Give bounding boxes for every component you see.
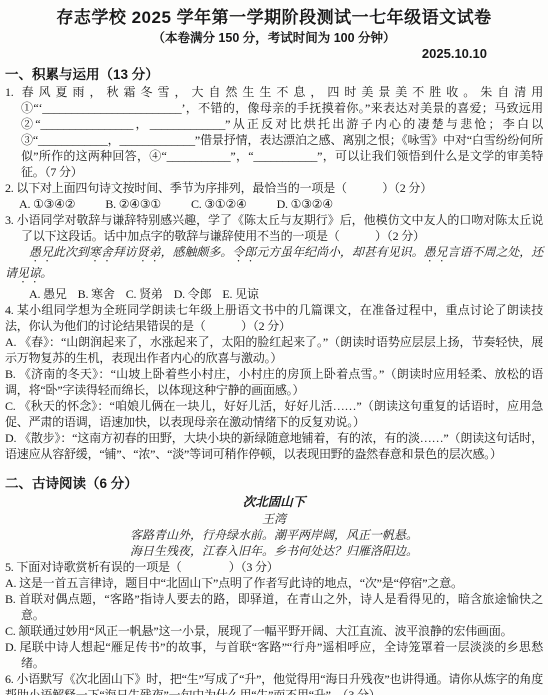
q2-option-a: A. ①③④② — [19, 196, 75, 212]
passage-text: 此次到 — [53, 245, 89, 259]
paper-info: （本卷满分 150 分，考试时间为 100 分钟） — [5, 30, 543, 46]
q2-option-b: B. ②④③① — [105, 196, 161, 212]
question-5-option-a: A. 这是一首五言律诗，题目中“北固山下”点明了作者写此诗的地点，“次”是“停宿… — [5, 575, 543, 591]
passage-text: ，感触颇多。 — [161, 245, 233, 259]
q3-option-c: C. 贤弟 — [126, 286, 163, 302]
question-4-option-d: D. 《散步》：“这南方初春的田野，大块小块的新绿随意地铺着，有的浓，有的淡……… — [5, 430, 543, 462]
question-4-option-a: A. 《春》：“山朗润起来了，水涨起来了，太阳的脸红起来了。”（朗读时语势应层层… — [5, 334, 543, 366]
question-1: 1. 春风夏雨，秋霜冬雪，大自然生生不息，四时美景美不胜收。朱自清用①“‘___… — [5, 84, 543, 180]
q3-option-a: A. 愚兄 — [29, 286, 67, 302]
section-1-heading: 一、积累与运用（13 分） — [5, 65, 543, 84]
question-3-passage: 愚兄此次到寒舍拜访贤弟，感触颇多。令郎元方虽年纪尚小，却甚有见识。愚兄言语不周之… — [5, 244, 543, 286]
passage-text: 。 — [40, 266, 52, 280]
poem-line-2: 海日生残夜，江春入旧年。乡书何处达？归雁洛阳边。 — [5, 543, 543, 559]
question-2-options: A. ①③④②B. ②④③①C. ③①②④D. ①③②④ — [5, 196, 543, 212]
q3-option-d: D. 令郎 — [174, 286, 212, 302]
poem-line-1: 客路青山外，行舟绿水前。潮平两岸阔，风正一帆悬。 — [5, 527, 543, 543]
passage-term-linglang: 令郎 — [232, 245, 256, 259]
passage-term-jianliang: 见谅 — [17, 266, 41, 280]
question-5-option-c: C. 颔联通过妙用“风正一帆悬”这一小景，展现了一幅平野开阔、大江直流、波平浪静… — [5, 623, 543, 639]
exam-paper: 存志学校 2025 学年第一学期阶段测试一七年级语文试卷 （本卷满分 150 分… — [0, 0, 548, 695]
passage-text: 元方虽年纪尚小，却甚有见识。 — [256, 245, 423, 259]
passage-term-xiandi: 贤弟 — [137, 245, 161, 259]
question-3-options: A. 愚兄B. 寒舍C. 贤弟D. 令郎E. 见谅 — [5, 286, 543, 302]
question-3: 3. 小语同学对敬辞与谦辞特别感兴趣，学了《陈太丘与友期行》后，他模仿文中友人的… — [5, 212, 543, 244]
question-4: 4. 某小组同学想为全班同学朗读七年级上册语文书中的几篇课文，在准备过程中，重点… — [5, 302, 543, 334]
poem-title: 次北固山下 — [5, 494, 543, 511]
passage-term-hanshe: 寒舍 — [89, 245, 113, 259]
question-5: 5. 下面对诗歌赏析有误的一项是（ ）（3 分） — [5, 559, 543, 575]
question-4-option-b: B. 《济南的冬天》：“山坡上卧着些小村庄，小村庄的房顶上卧着点雪。”（朗读时应… — [5, 366, 543, 398]
page-title: 存志学校 2025 学年第一学期阶段测试一七年级语文试卷 — [5, 5, 543, 30]
question-5-option-b: B. 首联对偶点题，“客路”指诗人要去的路，即驿道，在青山之外，诗人是看得见的，… — [5, 591, 543, 623]
question-6: 6. 小语默写《次北固山下》时，把“生”写成了“升”，他觉得用“海日升残夜”也讲… — [5, 671, 543, 695]
exam-date: 2025.10.10 — [5, 46, 543, 62]
passage-term-yuxiong-2: 愚兄 — [424, 245, 448, 259]
section-2-heading: 二、古诗阅读（6 分） — [5, 474, 543, 493]
q2-option-c: C. ③①②④ — [191, 196, 247, 212]
passage-term-yuxiong: 愚兄 — [29, 245, 53, 259]
poem-author: 王湾 — [5, 511, 543, 527]
question-5-option-d: D. 尾联中诗人想起“雁足传书”的故事，与首联“客路”“行舟”遥相呼应，全诗笼罩… — [5, 639, 543, 671]
passage-text: 拜访 — [113, 245, 137, 259]
question-4-option-c: C. 《秋天的怀念》：“咱娘儿俩在一块儿，好好儿活，好好儿活……”（朗读这句重复… — [5, 398, 543, 430]
question-2: 2. 以下对上面四句诗文按时间、季节为序排列，最恰当的一项是（ ）（2 分） — [5, 180, 543, 196]
q3-option-e: E. 见谅 — [222, 286, 258, 302]
q2-option-d: D. ①③②④ — [277, 196, 333, 212]
q3-option-b: B. 寒舍 — [78, 286, 115, 302]
